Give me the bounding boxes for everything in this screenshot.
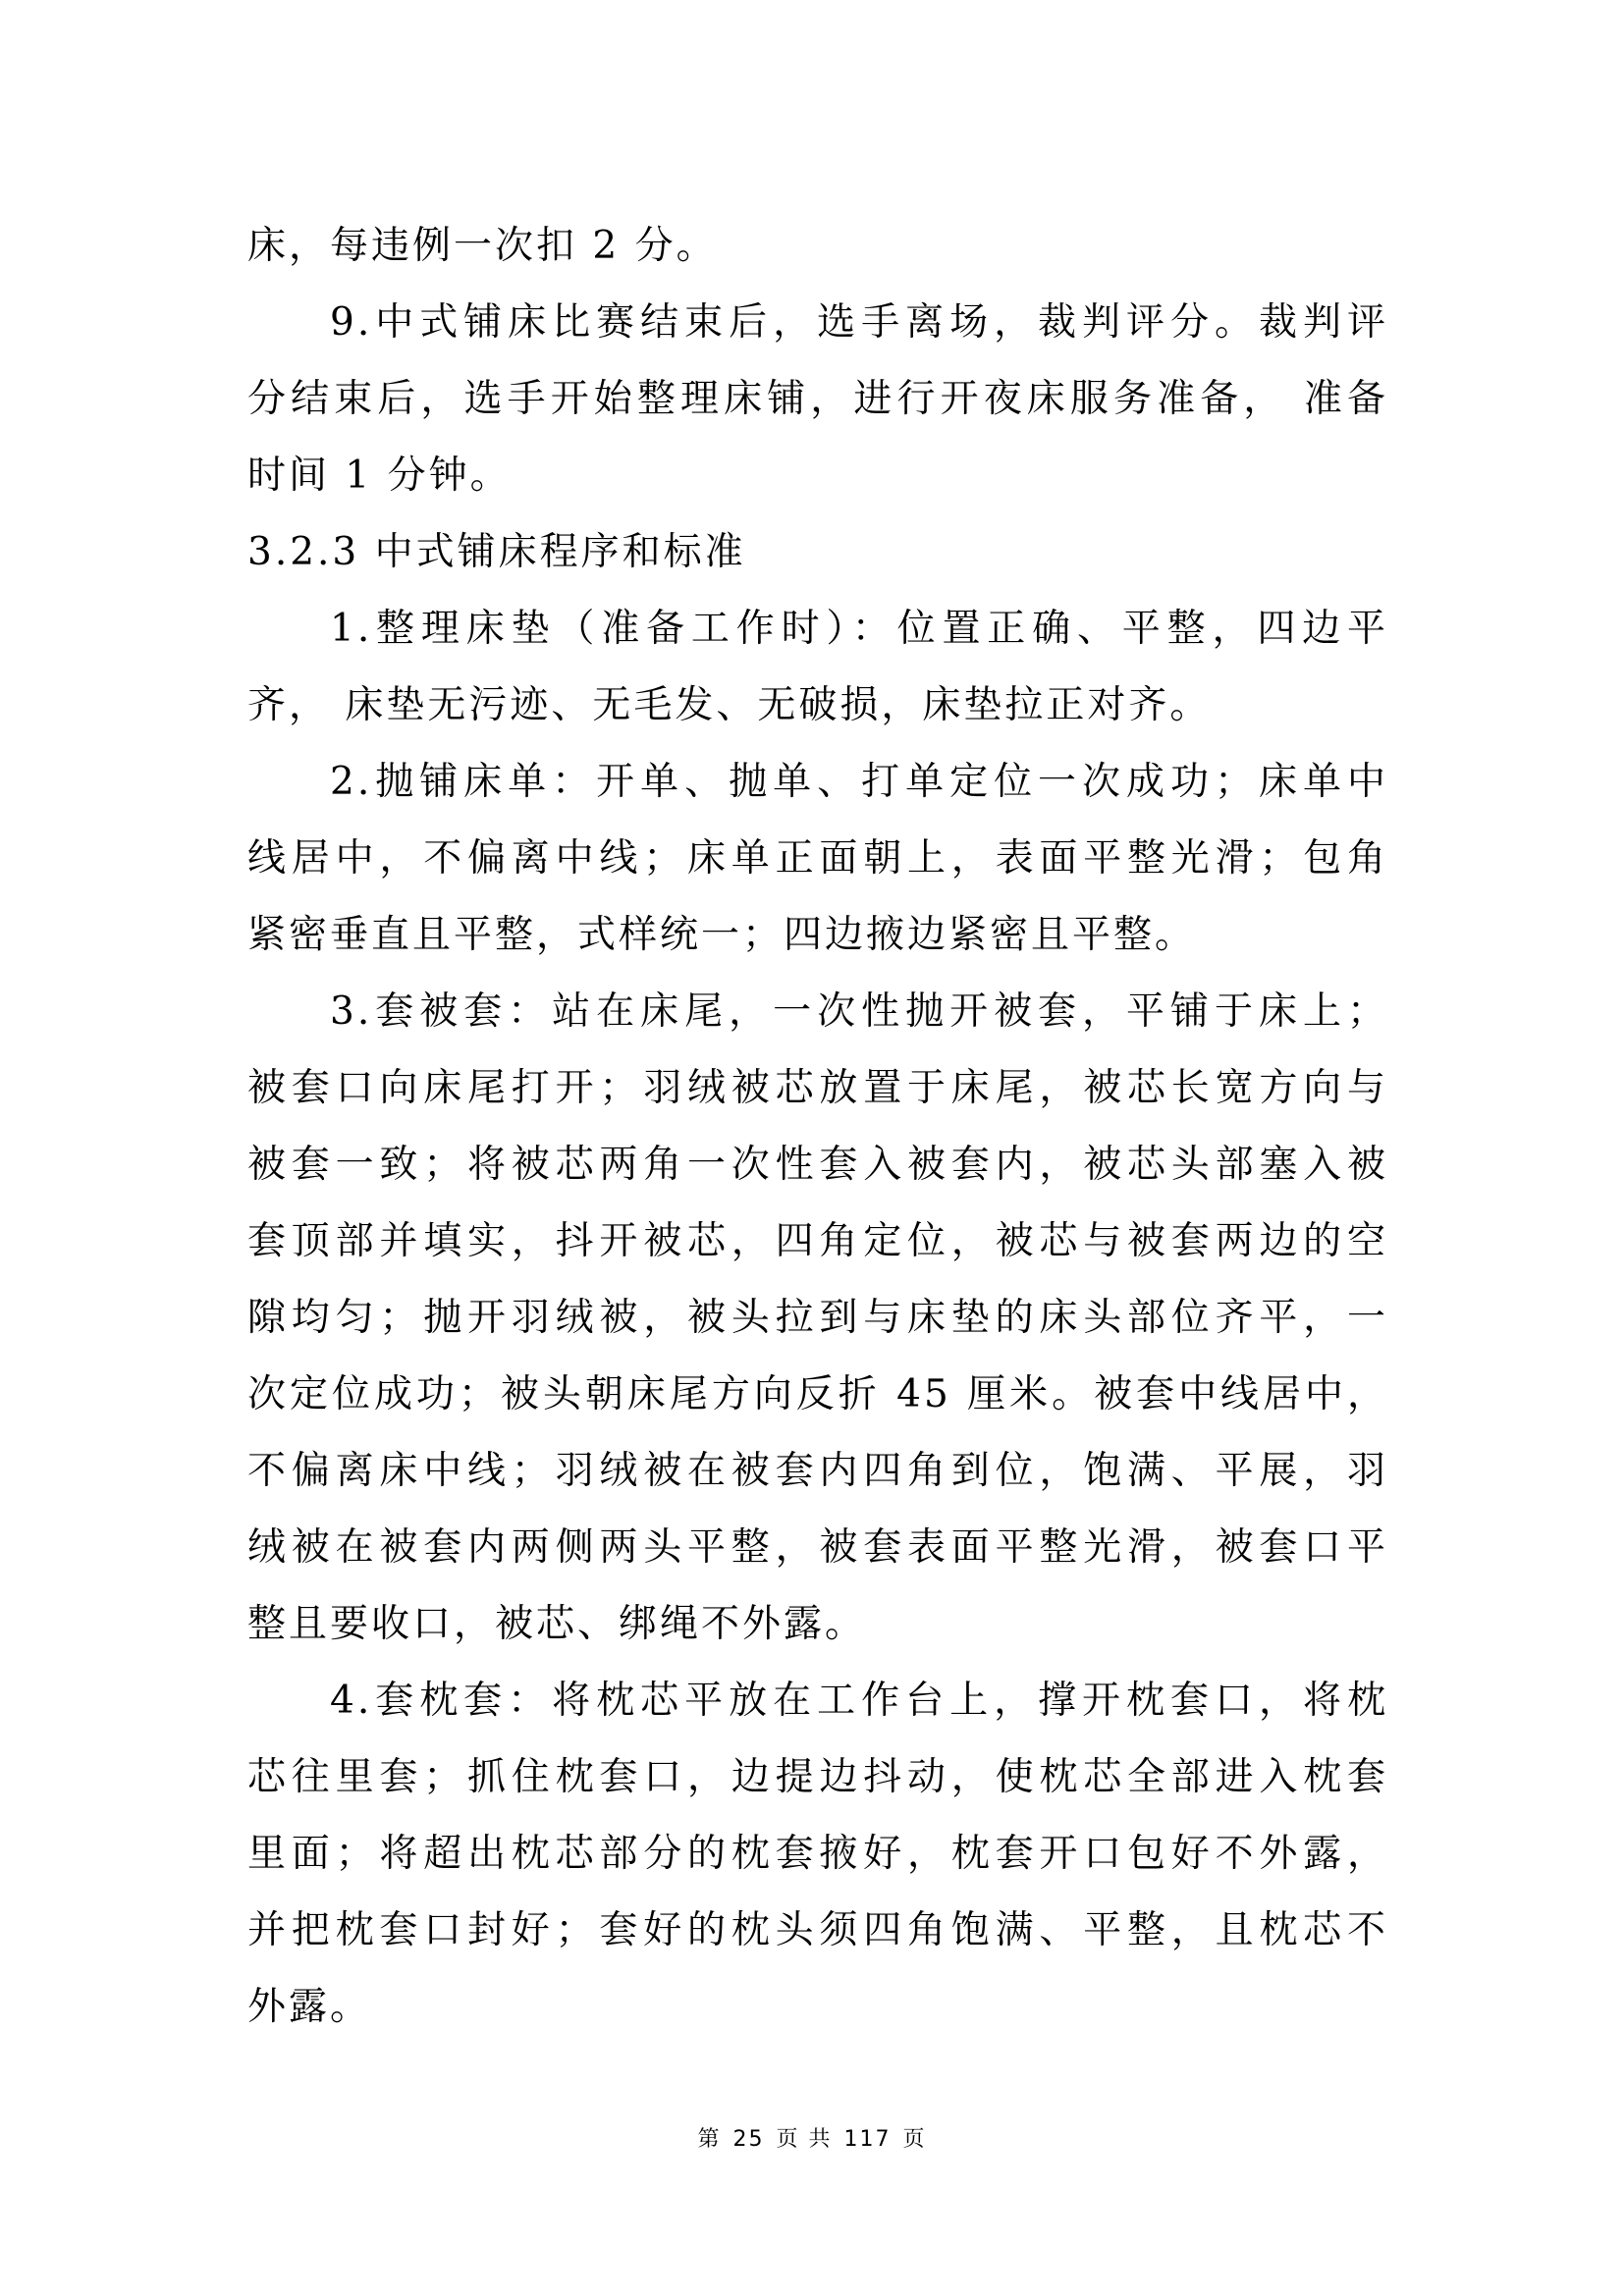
text-line: 绒被在被套内两侧两头平整，被套表面平整光滑，被套口平 bbox=[247, 1510, 1388, 1586]
document-page: 床，每违例一次扣 2 分。 9.中式铺床比赛结束后，选手离场，裁判评分。裁判评 … bbox=[0, 0, 1624, 2296]
text-line: 被套口向床尾打开；羽绒被芯放置于床尾，被芯长宽方向与 bbox=[247, 1050, 1388, 1127]
text-line: 9.中式铺床比赛结束后，选手离场，裁判评分。裁判评 bbox=[247, 285, 1388, 361]
text-line: 芯往里套；抓住枕套口，边提边抖动，使枕芯全部进入枕套 bbox=[247, 1739, 1388, 1816]
text-line: 整且要收口，被芯、绑绳不外露。 bbox=[247, 1586, 1388, 1663]
text-line: 时间 1 分钟。 bbox=[247, 438, 1388, 514]
text-line: 分结束后，选手开始整理床铺，进行开夜床服务准备， 准备 bbox=[247, 361, 1388, 438]
current-page-number: 25 bbox=[733, 2127, 765, 2152]
body-text: 床，每违例一次扣 2 分。 9.中式铺床比赛结束后，选手离场，裁判评分。裁判评 … bbox=[247, 208, 1388, 2046]
text-line: 套顶部并填实，抖开被芯，四角定位，被芯与被套两边的空 bbox=[247, 1203, 1388, 1280]
text-line: 线居中，不偏离中线；床单正面朝上，表面平整光滑；包角 bbox=[247, 821, 1388, 897]
text-line: 齐， 床垫无污迹、无毛发、无破损，床垫拉正对齐。 bbox=[247, 667, 1388, 744]
text-line: 次定位成功；被头朝床尾方向反折 45 厘米。被套中线居中， bbox=[247, 1357, 1388, 1433]
text-line: 1.整理床垫（准备工作时）：位置正确、平整，四边平 bbox=[247, 591, 1388, 667]
text-line: 2.抛铺床单：开单、抛单、打单定位一次成功；床单中 bbox=[247, 744, 1388, 821]
text-line: 紧密垂直且平整，式样统一；四边掖边紧密且平整。 bbox=[247, 897, 1388, 974]
page-footer: 第25页 共117页 bbox=[0, 2122, 1624, 2153]
text-line: 外露。 bbox=[247, 1969, 1388, 2046]
page-label-middle: 页 共 bbox=[777, 2127, 833, 2152]
text-line: 并把枕套口封好；套好的枕头须四角饱满、平整，且枕芯不 bbox=[247, 1893, 1388, 1969]
text-line: 不偏离床中线；羽绒被在被套内四角到位，饱满、平展，羽 bbox=[247, 1433, 1388, 1510]
text-line: 4.套枕套：将枕芯平放在工作台上，撑开枕套口，将枕 bbox=[247, 1663, 1388, 1739]
total-pages-number: 117 bbox=[844, 2127, 892, 2152]
text-line: 里面；将超出枕芯部分的枕套掖好，枕套开口包好不外露， bbox=[247, 1816, 1388, 1893]
section-heading: 3.2.3 中式铺床程序和标准 bbox=[247, 514, 1388, 591]
text-line: 被套一致；将被芯两角一次性套入被套内，被芯头部塞入被 bbox=[247, 1127, 1388, 1203]
page-label-prefix: 第 bbox=[697, 2127, 721, 2152]
text-line: 隙均匀；抛开羽绒被，被头拉到与床垫的床头部位齐平，一 bbox=[247, 1280, 1388, 1357]
text-line: 床，每违例一次扣 2 分。 bbox=[247, 208, 1388, 285]
text-line: 3.套被套：站在床尾，一次性抛开被套，平铺于床上； bbox=[247, 974, 1388, 1050]
page-label-suffix: 页 bbox=[903, 2127, 927, 2152]
